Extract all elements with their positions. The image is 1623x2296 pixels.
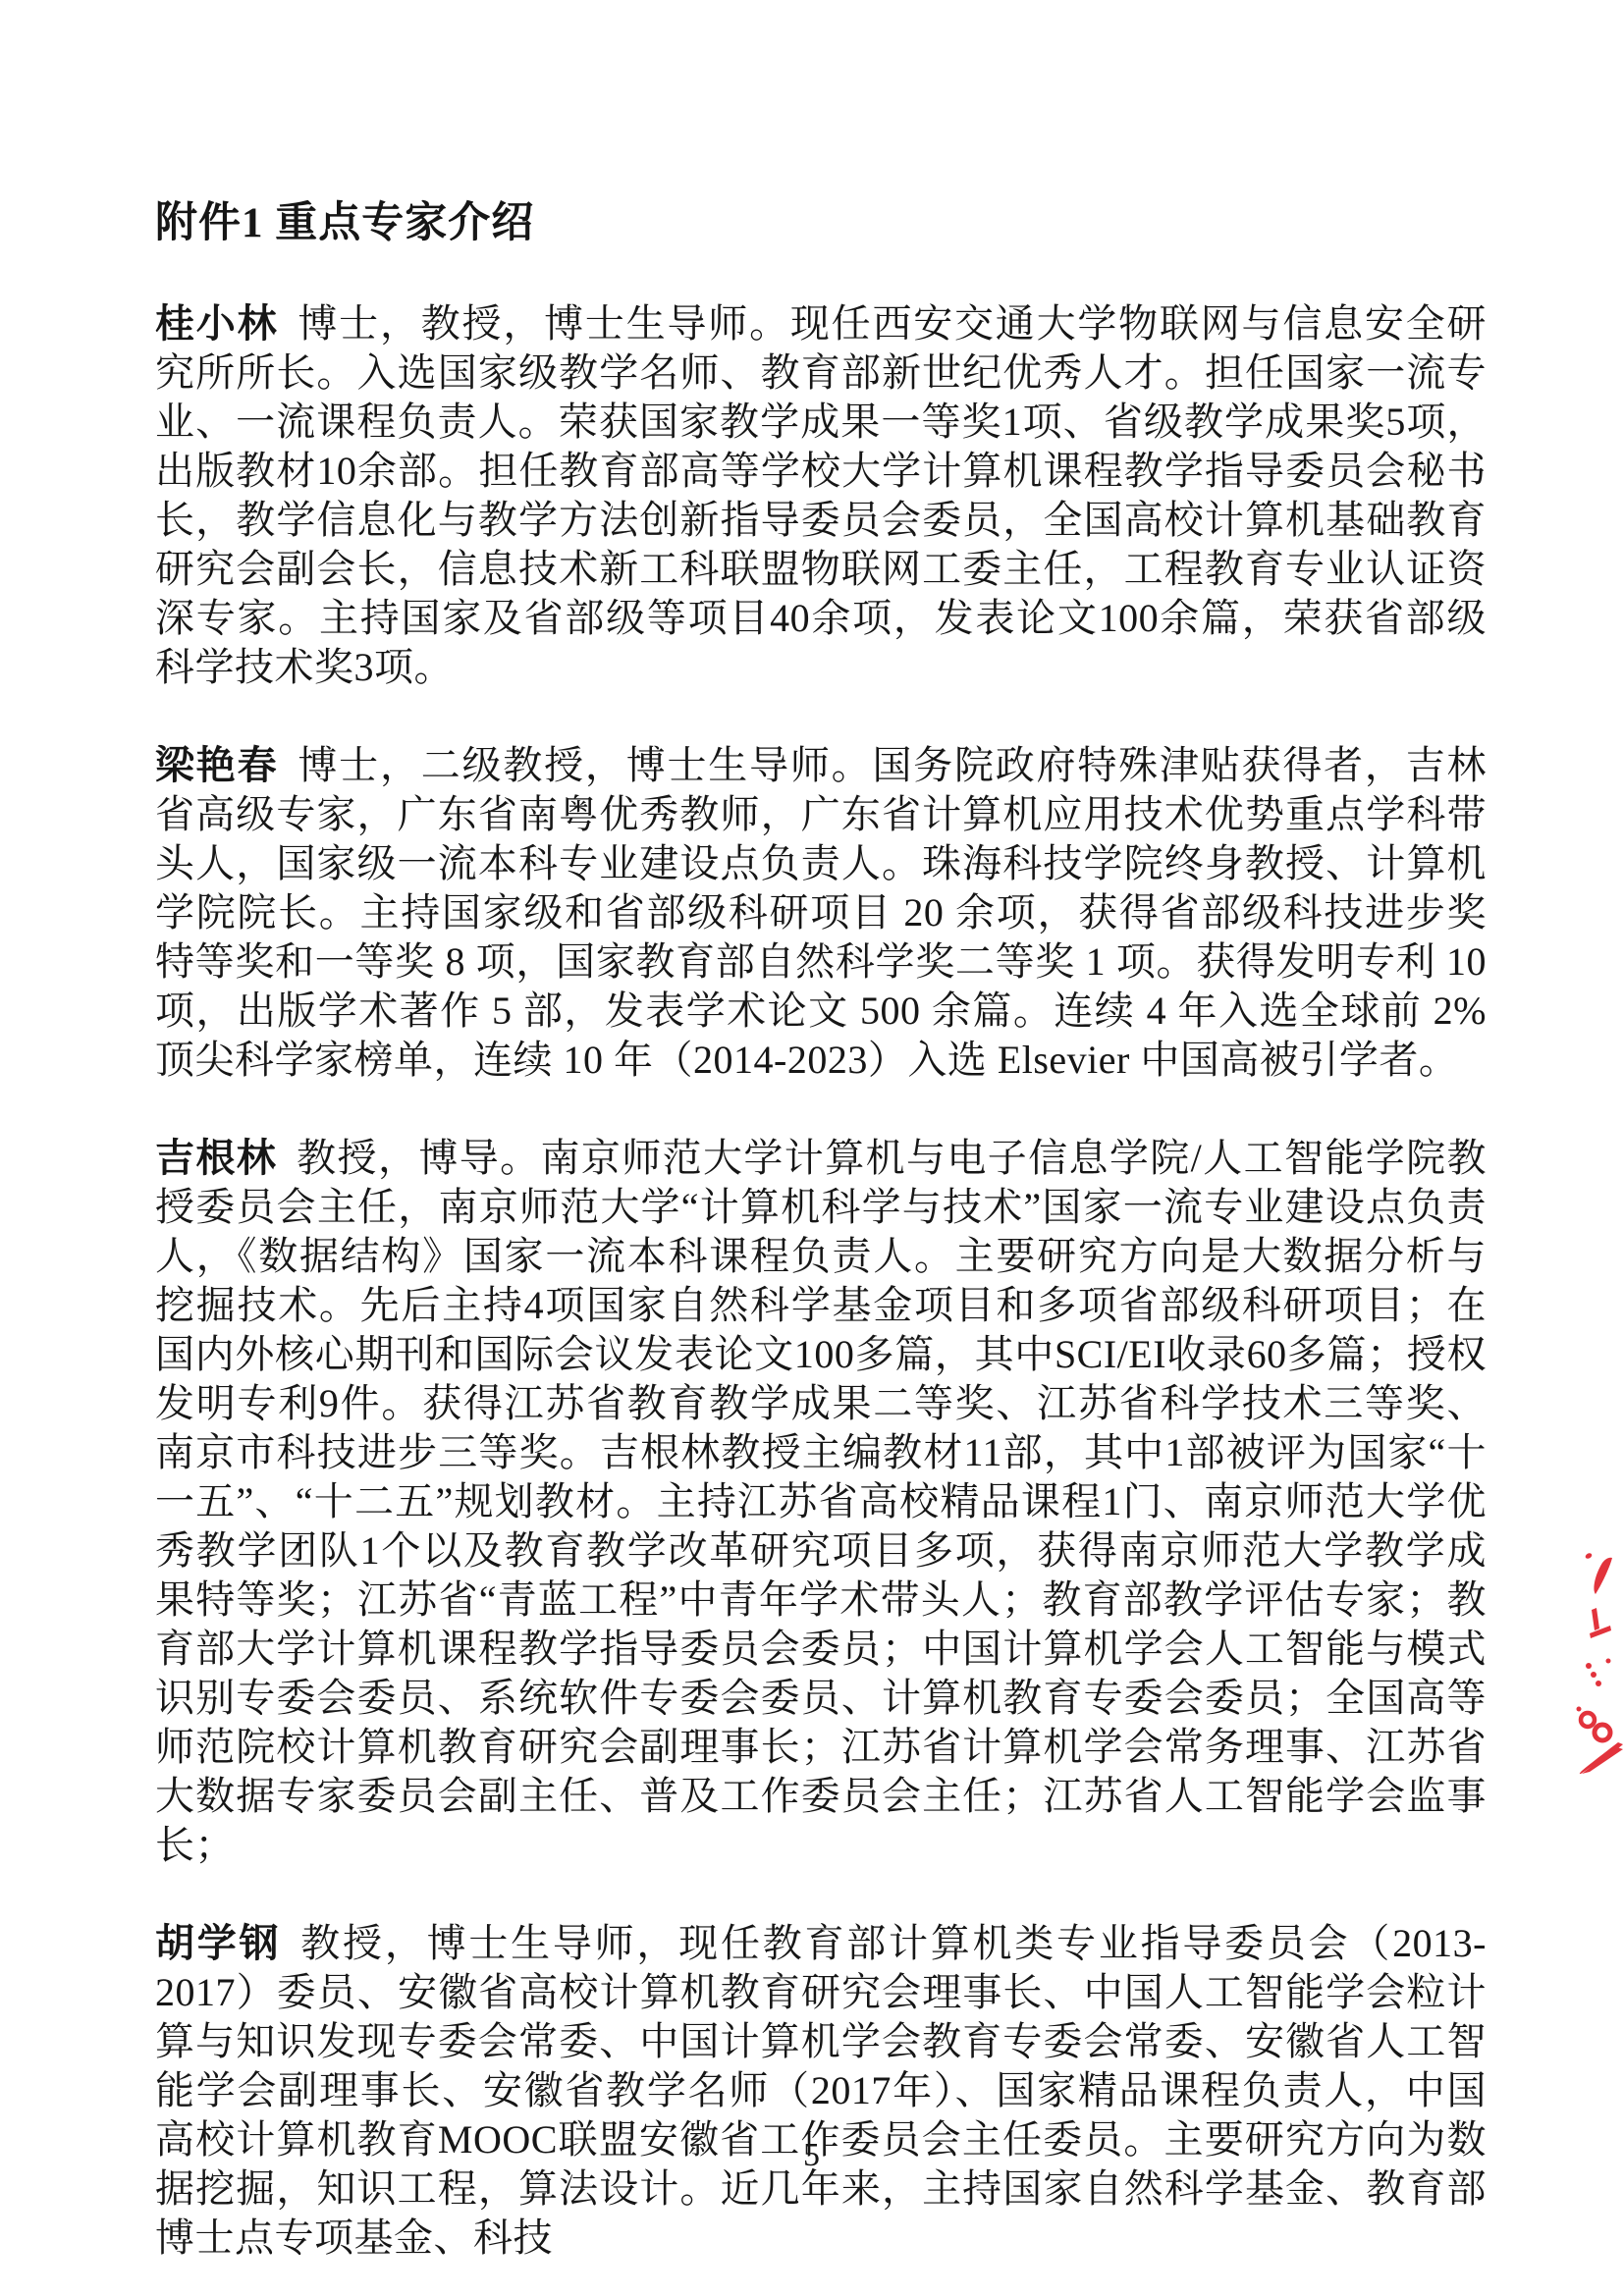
expert-bio: 博士，教授，博士生导师。现任西安交通大学物联网与信息安全研究所所长。入选国家级教… bbox=[155, 301, 1487, 689]
expert-name: 桂小林 bbox=[155, 301, 278, 346]
red-ink-stamp-fragment bbox=[1566, 1544, 1623, 1782]
expert-bio: 教授，博士生导师，现任教育部计算机类专业指导委员会（2013-2017）委员、安… bbox=[155, 1921, 1487, 2260]
expert-paragraph: 胡学钢教授，博士生导师，现任教育部计算机类专业指导委员会（2013-2017）委… bbox=[155, 1919, 1487, 2263]
document-page: 附件1 重点专家介绍 桂小林博士，教授，博士生导师。现任西安交通大学物联网与信息… bbox=[0, 0, 1623, 2296]
attachment-title: 附件1 重点专家介绍 bbox=[155, 199, 1487, 248]
expert-paragraph: 梁艳春博士，二级教授，博士生导师。国务院政府特殊津贴获得者，吉林省高级专家，广东… bbox=[155, 741, 1487, 1085]
expert-bio: 教授，博导。南京师范大学计算机与电子信息学院/人工智能学院教授委员会主任，南京师… bbox=[155, 1136, 1487, 1867]
document-body: 附件1 重点专家介绍 桂小林博士，教授，博士生导师。现任西安交通大学物联网与信息… bbox=[155, 199, 1487, 2263]
page-number: 5 bbox=[0, 2136, 1623, 2175]
expert-bio: 博士，二级教授，博士生导师。国务院政府特殊津贴获得者，吉林省高级专家，广东省南粤… bbox=[155, 743, 1487, 1082]
expert-paragraph: 桂小林博士，教授，博士生导师。现任西安交通大学物联网与信息安全研究所所长。入选国… bbox=[155, 299, 1487, 692]
expert-name: 吉根林 bbox=[155, 1136, 277, 1180]
expert-name: 胡学钢 bbox=[155, 1921, 281, 1965]
expert-name: 梁艳春 bbox=[155, 743, 278, 787]
expert-paragraph: 吉根林教授，博导。南京师范大学计算机与电子信息学院/人工智能学院教授委员会主任，… bbox=[155, 1134, 1487, 1870]
